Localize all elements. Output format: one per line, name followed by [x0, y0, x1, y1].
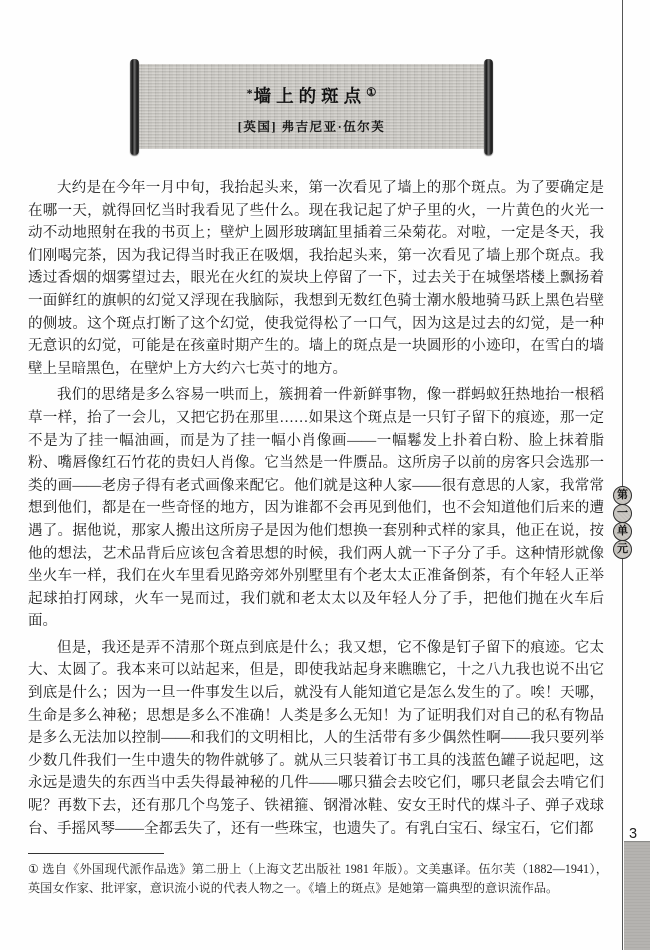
title-scroll-banner: *墙上的斑点① [英国] 弗吉尼亚·伍尔芙 [130, 59, 493, 155]
scroll-paper: *墙上的斑点① [英国] 弗吉尼亚·伍尔芙 [134, 64, 489, 149]
page-number: 3 [629, 826, 637, 842]
article-title: *墙上的斑点① [134, 83, 489, 108]
unit-badge-char-3: 单 [613, 522, 632, 541]
scroll-rod-left-icon [130, 59, 139, 155]
title-footnote-ref: ① [366, 87, 376, 99]
article-author: [英国] 弗吉尼亚·伍尔芙 [134, 117, 489, 135]
footnote: ①选自《外国现代派作品选》第二册上（上海文艺出版社 1981 年版）。文美惠译。… [28, 860, 608, 897]
right-margin-rule [622, 0, 623, 950]
paragraph-2: 我们的思绪是多么容易一哄而上，簇拥着一件新鲜事物，像一群蚂蚁狂热地抬一根稻草一样… [28, 384, 604, 633]
corner-tab-block [624, 841, 650, 950]
paragraph-1: 大约是在今年一月中旬，我抬起头来，第一次看见了墙上的那个斑点。为了要确定是在哪一… [28, 177, 604, 380]
footnote-separator [28, 853, 164, 854]
paragraph-3: 但是，我还是弄不清那个斑点到底是什么；我又想，它不像是钉子留下的痕迹。它太大、太… [28, 637, 604, 840]
scroll-rod-right-icon [484, 59, 493, 155]
unit-label: 第 一 单 元 [613, 486, 633, 558]
title-text: 墙上的斑点 [254, 86, 367, 106]
unit-badge-char-2: 一 [613, 504, 632, 523]
unit-badge-char-1: 第 [613, 486, 632, 505]
unit-badge-char-4: 元 [613, 540, 632, 559]
textbook-page: *墙上的斑点① [英国] 弗吉尼亚·伍尔芙 大约是在今年一月中旬，我抬起头来，第… [0, 0, 650, 950]
article-body: 大约是在今年一月中旬，我抬起头来，第一次看见了墙上的那个斑点。为了要确定是在哪一… [28, 177, 604, 844]
footnote-marker: ① [28, 862, 39, 876]
title-asterisk: * [247, 86, 254, 100]
footnote-text: 选自《外国现代派作品选》第二册上（上海文艺出版社 1981 年版）。文美惠译。伍… [28, 862, 608, 895]
